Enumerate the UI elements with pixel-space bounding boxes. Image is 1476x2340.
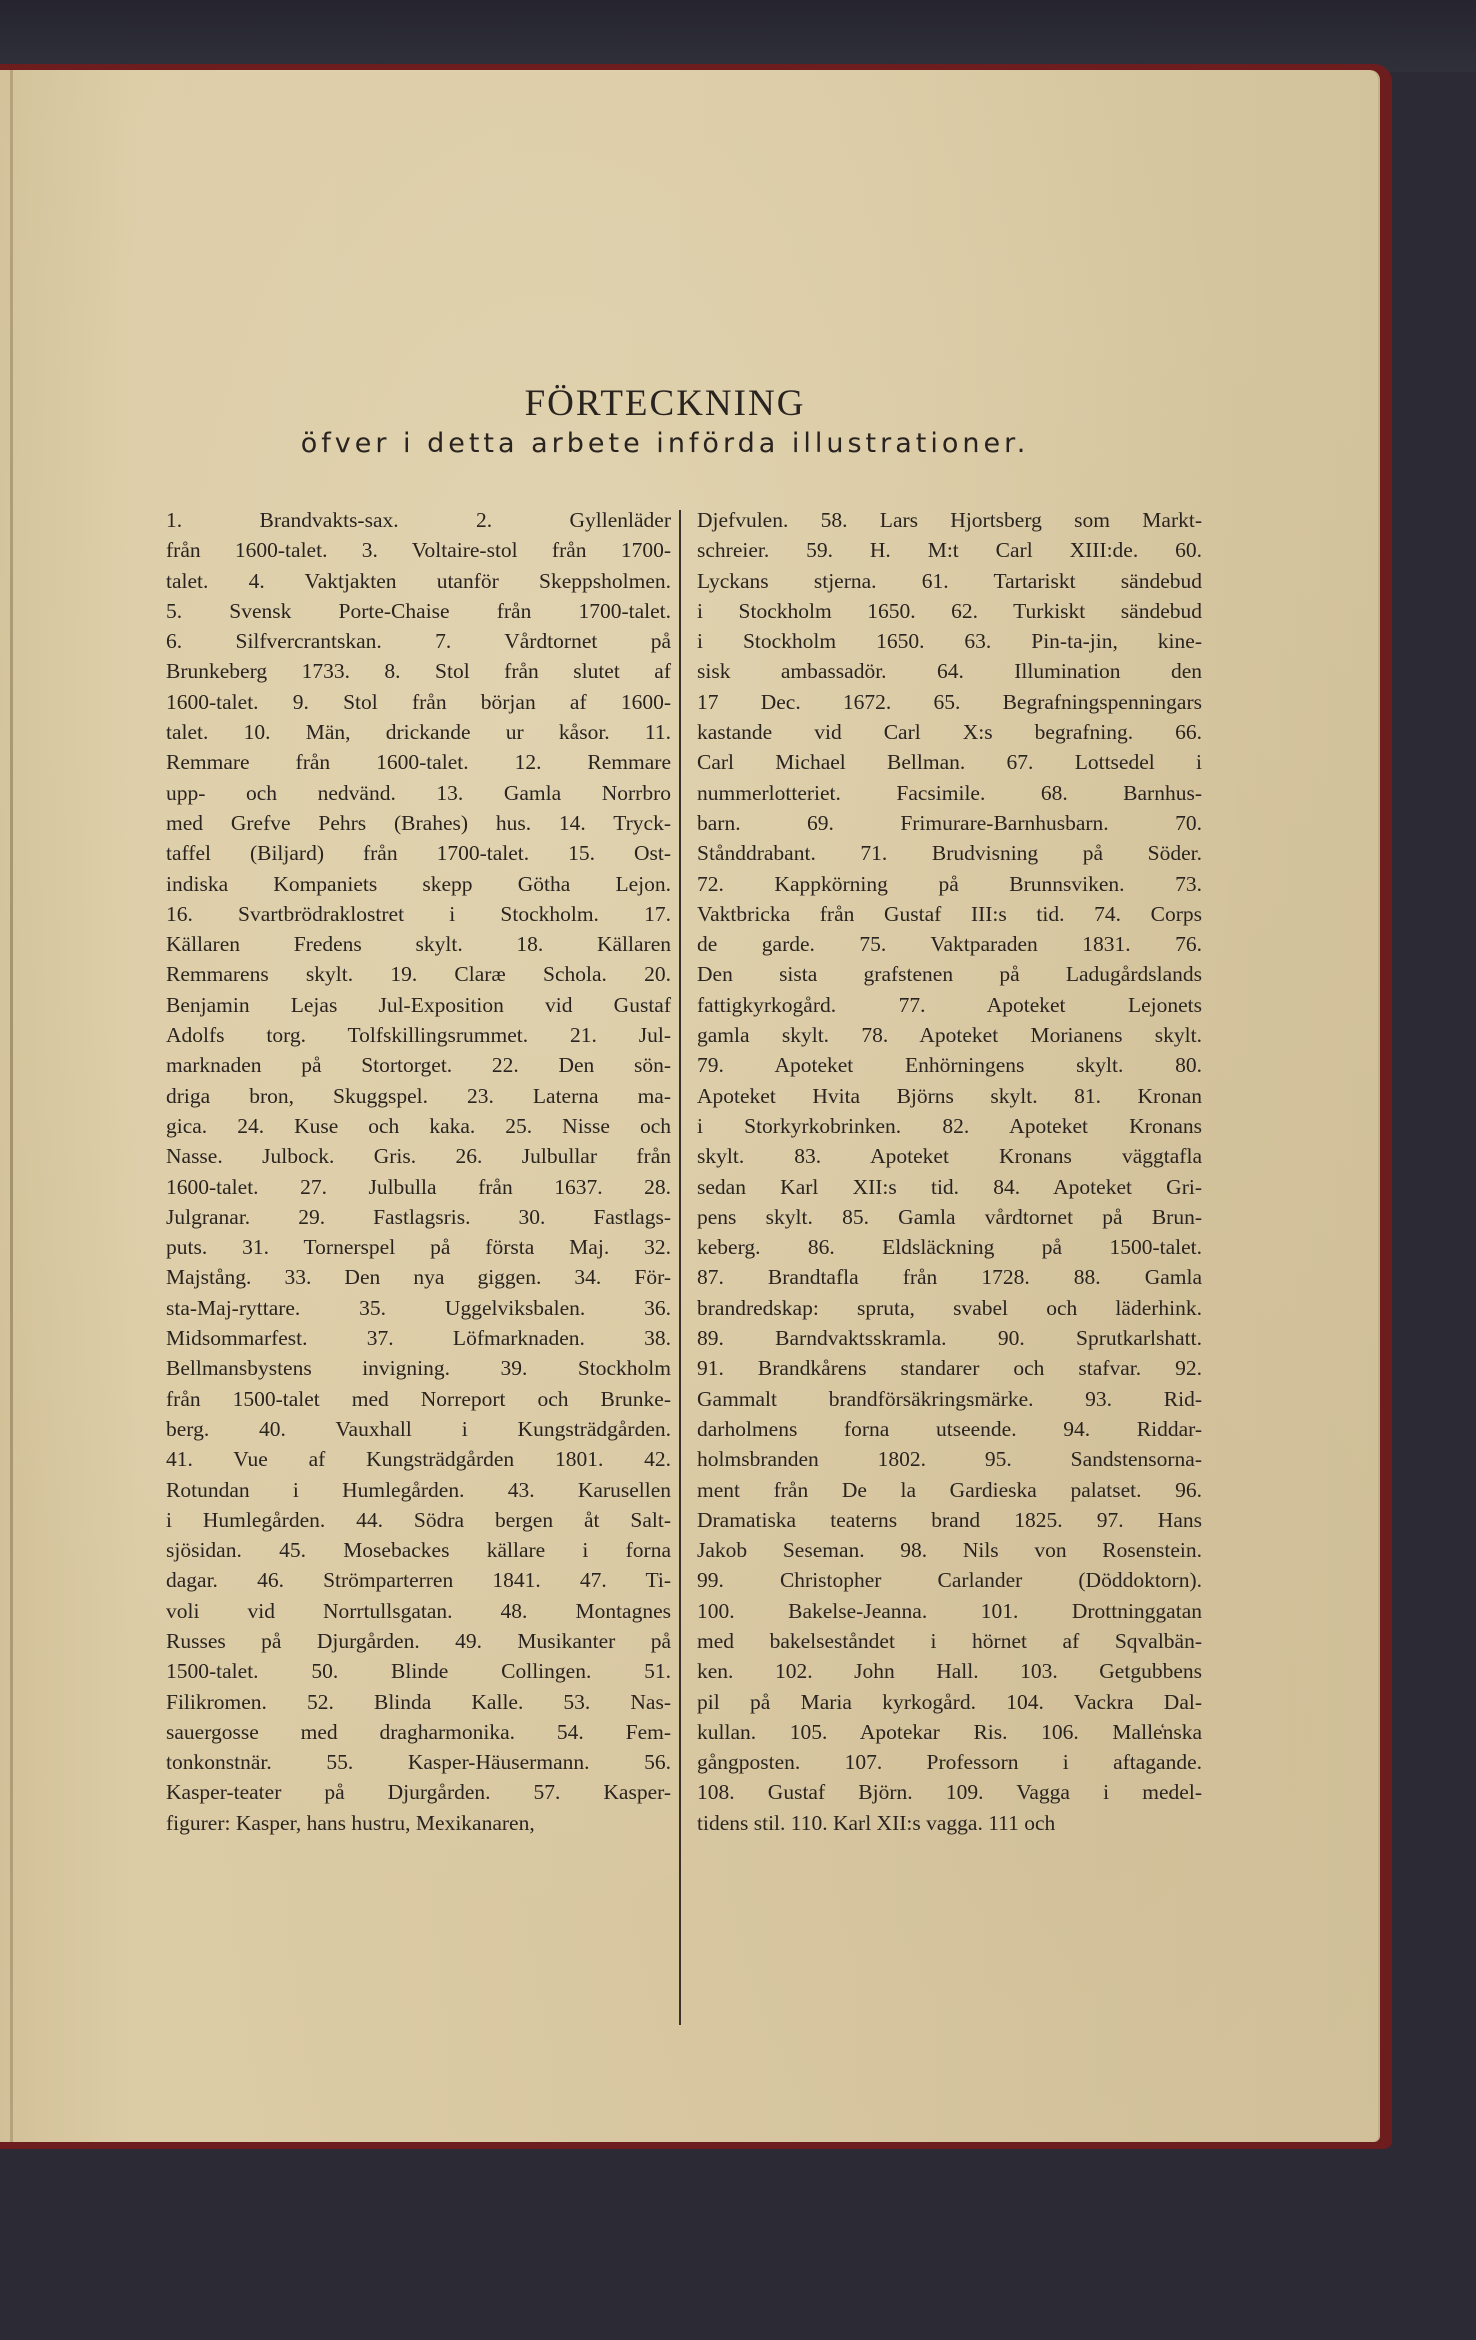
text-line: Remmare från 1600-talet. 12. Remmare (166, 747, 671, 777)
text-line: 41. Vue af Kungsträdgården 1801. 42. (166, 1444, 671, 1474)
text-line: 1. Brandvakts-sax. 2. Gyllenläder (166, 505, 671, 535)
text-line: Bellmansbystens invigning. 39. Stockholm (166, 1353, 671, 1383)
text-line: Dramatiska teaterns brand 1825. 97. Hans (697, 1505, 1202, 1535)
text-line: pil på Maria kyrkogård. 104. Vackra Dal- (697, 1687, 1202, 1717)
text-line: Filikromen. 52. Blinda Kalle. 53. Nas- (166, 1687, 671, 1717)
text-line: Brunkeberg 1733. 8. Stol från slutet af (166, 656, 671, 686)
text-line: Vaktbricka från Gustaf III:s tid. 74. Co… (697, 899, 1202, 929)
text-line: marknaden på Stortorget. 22. Den sön- (166, 1050, 671, 1080)
text-line: i Stockholm 1650. 62. Turkiskt sändebud (697, 596, 1202, 626)
text-line: indiska Kompaniets skepp Götha Lejon. (166, 869, 671, 899)
text-line: Gammalt brandförsäkringsmärke. 93. Rid- (697, 1384, 1202, 1414)
text-line: Rotundan i Humlegården. 43. Karusellen (166, 1475, 671, 1505)
text-line: 16. Svartbrödraklostret i Stockholm. 17. (166, 899, 671, 929)
text-line: keberg. 86. Eldsläckning på 1500-talet. (697, 1232, 1202, 1262)
text-line: i Stockholm 1650. 63. Pin-ta-jin, kine- (697, 626, 1202, 656)
text-line: 89. Barndvaktsskramla. 90. Sprutkarlshat… (697, 1323, 1202, 1353)
text-line: 1500-talet. 50. Blinde Collingen. 51. (166, 1656, 671, 1686)
text-line: i Storkyrkobrinken. 82. Apoteket Kronans (697, 1111, 1202, 1141)
text-line: Russes på Djurgården. 49. Musikanter på (166, 1626, 671, 1656)
text-line: kullan. 105. Apotekar Ris. 106. Malle̒ns… (697, 1717, 1202, 1747)
text-line: Lyckans stjerna. 61. Tartariskt sändebud (697, 566, 1202, 596)
text-line: Djefvulen. 58. Lars Hjortsberg som Markt… (697, 505, 1202, 535)
page-title: FÖRTECKNING (0, 382, 1330, 425)
text-line: 6. Silfvercrantskan. 7. Vårdtornet på (166, 626, 671, 656)
text-line: 17 Dec. 1672. 65. Begrafningspenningars (697, 687, 1202, 717)
text-line: 100. Bakelse-Jeanna. 101. Drottninggatan (697, 1596, 1202, 1626)
text-line: driga bron, Skuggspel. 23. Laterna ma- (166, 1081, 671, 1111)
text-line: sisk ambassadör. 64. Illumination den (697, 656, 1202, 686)
text-line: voli vid Norrtullsgatan. 48. Montagnes (166, 1596, 671, 1626)
text-line: 1600-talet. 9. Stol från början af 1600- (166, 687, 671, 717)
text-line: holmsbranden 1802. 95. Sandstensorna- (697, 1444, 1202, 1474)
text-line: i Humlegården. 44. Södra bergen åt Salt- (166, 1505, 671, 1535)
text-line: skylt. 83. Apoteket Kronans väggtafla (697, 1141, 1202, 1171)
text-line: ken. 102. John Hall. 103. Getgubbens (697, 1656, 1202, 1686)
text-line: darholmens forna utseende. 94. Riddar- (697, 1414, 1202, 1444)
column-divider (679, 510, 681, 2025)
text-line: brandredskap: spruta, svabel och läderhi… (697, 1293, 1202, 1323)
text-line: talet. 4. Vaktjakten utanför Skeppsholme… (166, 566, 671, 596)
right-column: Djefvulen. 58. Lars Hjortsberg som Markt… (697, 505, 1202, 1838)
text-line: Den sista grafstenen på Ladugårdslands (697, 959, 1202, 989)
page-subtitle: öfver i detta arbete införda illustratio… (0, 428, 1330, 459)
text-line: sta-Maj-ryttare. 35. Uggelviksbalen. 36. (166, 1293, 671, 1323)
text-line: gica. 24. Kuse och kaka. 25. Nisse och (166, 1111, 671, 1141)
text-line: dagar. 46. Strömparterren 1841. 47. Ti- (166, 1565, 671, 1595)
text-line: med Grefve Pehrs (Brahes) hus. 14. Tryck… (166, 808, 671, 838)
background-surface (0, 0, 1476, 72)
text-line: figurer: Kasper, hans hustru, Mexikanare… (166, 1808, 671, 1838)
left-column: 1. Brandvakts-sax. 2. Gyllenläderfrån 16… (166, 505, 671, 1838)
text-line: 72. Kappkörning på Brunnsviken. 73. (697, 869, 1202, 899)
text-line: 5. Svensk Porte-Chaise från 1700-talet. (166, 596, 671, 626)
text-line: Apoteket Hvita Björns skylt. 81. Kronan (697, 1081, 1202, 1111)
text-line: Carl Michael Bellman. 67. Lottsedel i (697, 747, 1202, 777)
text-line: 79. Apoteket Enhörningens skylt. 80. (697, 1050, 1202, 1080)
text-line: Stånddrabant. 71. Brudvisning på Söder. (697, 838, 1202, 868)
text-line: 91. Brandkårens standarer och stafvar. 9… (697, 1353, 1202, 1383)
text-line: fattigkyrkogård. 77. Apoteket Lejonets (697, 990, 1202, 1020)
text-line: puts. 31. Tornerspel på första Maj. 32. (166, 1232, 671, 1262)
text-line: schreier. 59. H. M:t Carl XIII:de. 60. (697, 535, 1202, 565)
text-line: Nasse. Julbock. Gris. 26. Julbullar från (166, 1141, 671, 1171)
text-line: Jakob Seseman. 98. Nils von Rosenstein. (697, 1535, 1202, 1565)
text-line: talet. 10. Män, drickande ur kåsor. 11. (166, 717, 671, 747)
text-line: upp- och nedvänd. 13. Gamla Norrbro (166, 778, 671, 808)
text-line: tonkonstnär. 55. Kasper-Häusermann. 56. (166, 1747, 671, 1777)
text-line: Julgranar. 29. Fastlagsris. 30. Fastlags… (166, 1202, 671, 1232)
text-line: Källaren Fredens skylt. 18. Källaren (166, 929, 671, 959)
text-line: kastande vid Carl X:s begrafning. 66. (697, 717, 1202, 747)
text-line: Adolfs torg. Tolfskillingsrummet. 21. Ju… (166, 1020, 671, 1050)
text-line: med bakelseståndet i hörnet af Sqvalbän- (697, 1626, 1202, 1656)
text-line: från 1500-talet med Norreport och Brunke… (166, 1384, 671, 1414)
text-line: Kasper-teater på Djurgården. 57. Kasper- (166, 1777, 671, 1807)
text-line: de garde. 75. Vaktparaden 1831. 76. (697, 929, 1202, 959)
text-line: sjösidan. 45. Mosebackes källare i forna (166, 1535, 671, 1565)
text-line: 108. Gustaf Björn. 109. Vagga i medel- (697, 1777, 1202, 1807)
text-line: taffel (Biljard) från 1700-talet. 15. Os… (166, 838, 671, 868)
text-line: sauergosse med dragharmonika. 54. Fem- (166, 1717, 671, 1747)
text-line: barn. 69. Frimurare-Barnhusbarn. 70. (697, 808, 1202, 838)
text-line: 1600-talet. 27. Julbulla från 1637. 28. (166, 1172, 671, 1202)
text-line: 99. Christopher Carlander (Döddoktorn). (697, 1565, 1202, 1595)
text-line: gamla skylt. 78. Apoteket Morianens skyl… (697, 1020, 1202, 1050)
text-line: nummerlotteriet. Facsimile. 68. Barnhus- (697, 778, 1202, 808)
text-line: Midsommarfest. 37. Löfmarknaden. 38. (166, 1323, 671, 1353)
text-line: berg. 40. Vauxhall i Kungsträdgården. (166, 1414, 671, 1444)
text-line: pens skylt. 85. Gamla vårdtornet på Brun… (697, 1202, 1202, 1232)
text-line: Benjamin Lejas Jul-Exposition vid Gustaf (166, 990, 671, 1020)
text-line: gångposten. 107. Professorn i aftagande. (697, 1747, 1202, 1777)
text-line: tidens stil. 110. Karl XII:s vagga. 111 … (697, 1808, 1202, 1838)
text-line: sedan Karl XII:s tid. 84. Apoteket Gri- (697, 1172, 1202, 1202)
text-line: Majstång. 33. Den nya giggen. 34. För- (166, 1262, 671, 1292)
text-line: Remmarens skylt. 19. Claræ Schola. 20. (166, 959, 671, 989)
text-line: 87. Brandtafla från 1728. 88. Gamla (697, 1262, 1202, 1292)
text-line: ment från De la Gardieska palatset. 96. (697, 1475, 1202, 1505)
text-line: från 1600-talet. 3. Voltaire-stol från 1… (166, 535, 671, 565)
